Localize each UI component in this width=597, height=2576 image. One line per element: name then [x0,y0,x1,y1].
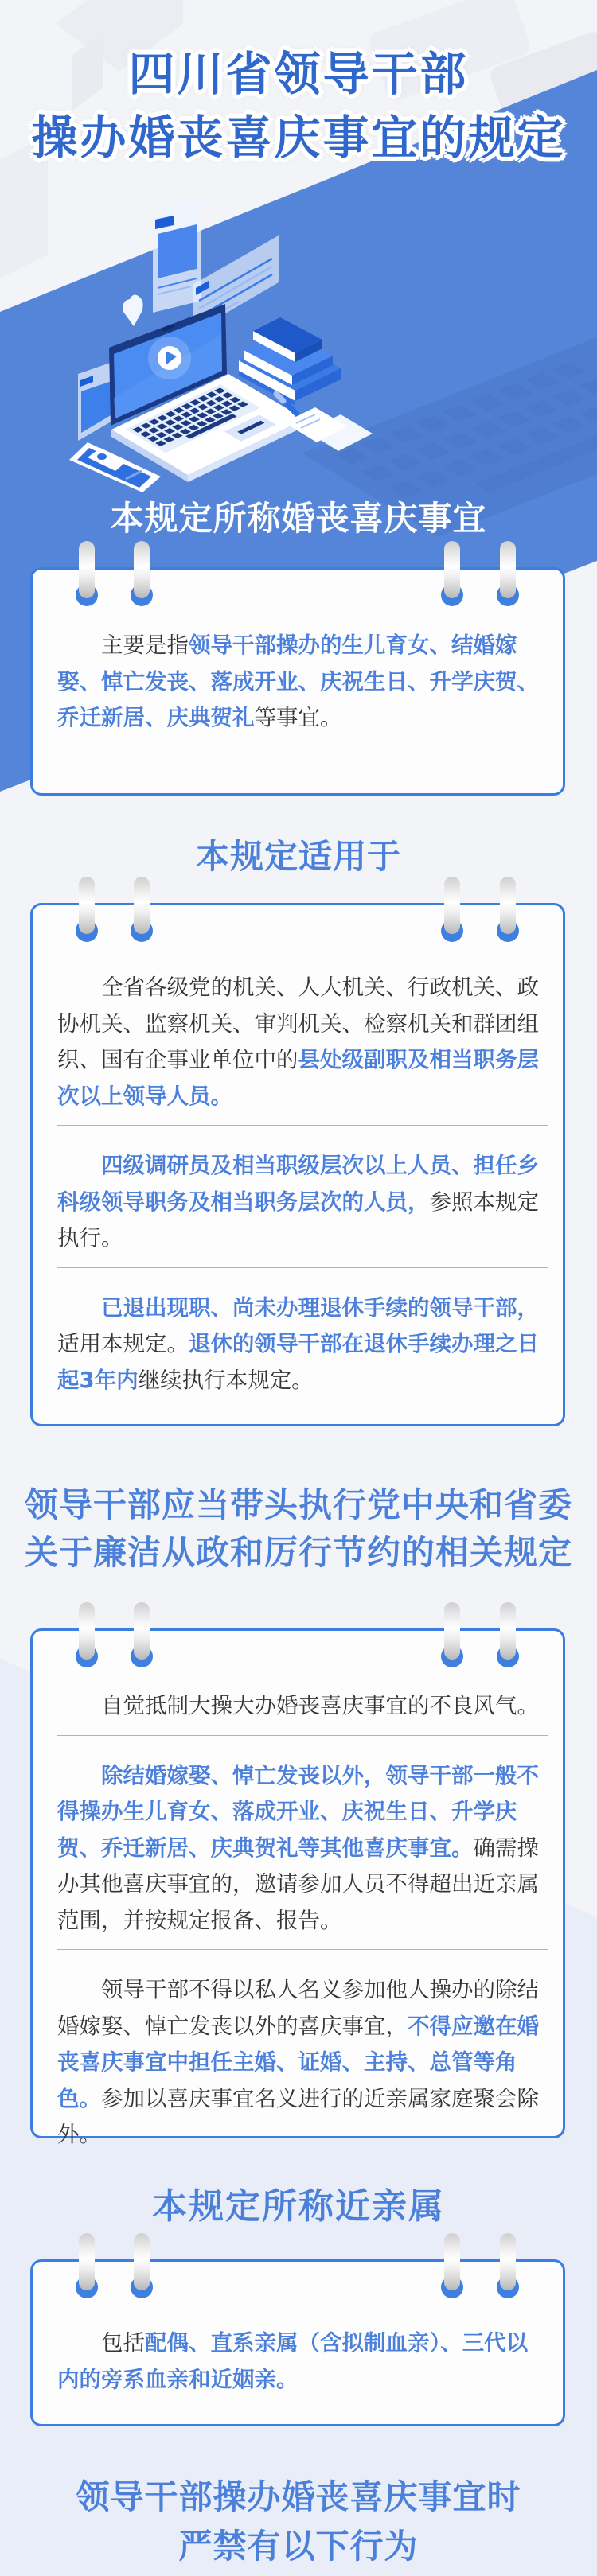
binder-ring-icon [441,877,463,940]
paragraph: 领导干部不得以私人名义参加他人操办的除结婚嫁娶、悼亡发丧以外的喜庆事宜，不得应邀… [57,1972,539,2154]
title-line-2: 操办婚丧喜庆事宜的规定 [0,106,597,169]
section-heading-scope: 本规定适用于 [0,840,597,874]
paragraph: 包括配偶、直系亲属（含拟制血亲）、三代以内的旁系血亲和近姻亲。 [57,2325,539,2398]
section-heading-prohibited-behaviors: 领导干部操办婚丧喜庆事宜时 严禁有以下行为 [0,2473,597,2571]
binder-ring-icon [131,877,153,940]
play-icon [148,337,191,379]
card-lead-by-example: 自觉抵制大操大办婚丧喜庆事宜的不良风气。 除结婚嫁娶、悼亡发丧以外，领导干部一般… [30,1628,565,2138]
binder-ring-icon [441,1602,463,1666]
binder-ring-icon [131,1602,153,1666]
paragraph: 已退出现职、尚未办理退休手续的领导干部，适用本规定。退休的领导干部在退休手续办理… [57,1290,539,1399]
binder-ring-icon [441,2233,463,2297]
section-heading-close-relatives: 本规定所称近亲属 [0,2189,597,2224]
divider [57,1735,548,1736]
text-segment: 包括 [101,2330,145,2356]
section-heading-text: 关于廉洁从政和厉行节约的相关规定 [0,1529,597,1577]
text-segment: 等事宜。 [255,705,342,730]
text-segment: 自觉抵制大操大办婚丧喜庆事宜的不良风气。 [101,1693,539,1718]
section-heading-text: 本规定所称近亲属 [0,2189,597,2224]
card-scope: 全省各级党的机关、人大机关、行政机关、政协机关、监察机关、审判机关、检察机关和群… [30,903,565,1426]
highlight-segment: 已退出现职、尚未办理退休手续的领导干部， [101,1295,539,1321]
binder-ring-icon [76,2233,98,2297]
binder-ring-icon [76,1602,98,1666]
binder-ring-icon [76,541,98,605]
divider [57,1267,548,1268]
divider [57,1949,548,1950]
paragraph: 四级调研员及相当职级层次以上人员、担任乡科级领导职务及相当职务层次的人员，参照本… [57,1148,539,1257]
section-heading-lead-by-example: 领导干部应当带头执行党中央和省委 关于廉洁从政和厉行节约的相关规定 [0,1481,597,1577]
section-heading-wedding-definition: 本规定所称婚丧喜庆事宜 [0,502,597,535]
binder-ring-icon [497,1602,519,1666]
binder-ring-icon [131,2233,153,2297]
card-close-relatives: 包括配偶、直系亲属（含拟制血亲）、三代以内的旁系血亲和近姻亲。 [30,2259,565,2426]
binder-ring-icon [76,877,98,940]
divider [57,1125,548,1126]
section-heading-text: 本规定适用于 [0,840,597,874]
binder-ring-icon [497,877,519,940]
binder-ring-icon [497,2233,519,2297]
card-wedding-definition: 主要是指领导干部操办的生儿育女、结婚嫁娶、悼亡发丧、落成开业、庆祝生日、升学庆贺… [30,567,565,796]
paragraph: 自觉抵制大操大办婚丧喜庆事宜的不良风气。 [57,1688,539,1725]
section-heading-text: 领导干部应当带头执行党中央和省委 [0,1481,597,1529]
highlight-segment: 除结婚嫁娶、悼亡发丧以外，领导干部一般不得操办生儿育女、落成开业、庆祝生日、升学… [57,1763,539,1861]
text-segment: 继续执行本规定。 [139,1368,314,1393]
text-segment: 适用本规定。 [57,1331,189,1356]
section-heading-text: 严禁有以下行为 [0,2522,597,2571]
section-heading-text: 本规定所称婚丧喜庆事宜 [0,502,597,535]
title-line-1: 四川省领导干部 [0,42,597,106]
binder-ring-icon [131,541,153,605]
section-heading-text: 领导干部操办婚丧喜庆事宜时 [0,2473,597,2522]
text-segment: 参加以喜庆事宜名义进行的近亲属家庭聚会除外。 [57,2086,539,2148]
paragraph: 除结婚嫁娶、悼亡发丧以外，领导干部一般不得操办生儿育女、落成开业、庆祝生日、升学… [57,1758,539,1940]
page-title: 四川省领导干部 操办婚丧喜庆事宜的规定 [0,42,597,169]
paragraph: 全省各级党的机关、人大机关、行政机关、政协机关、监察机关、审判机关、检察机关和群… [57,970,539,1115]
binder-ring-icon [497,541,519,605]
text-segment: 主要是指 [101,632,189,658]
paragraph: 主要是指领导干部操办的生儿育女、结婚嫁娶、悼亡发丧、落成开业、庆祝生日、升学庆贺… [57,628,539,737]
binder-ring-icon [441,541,463,605]
